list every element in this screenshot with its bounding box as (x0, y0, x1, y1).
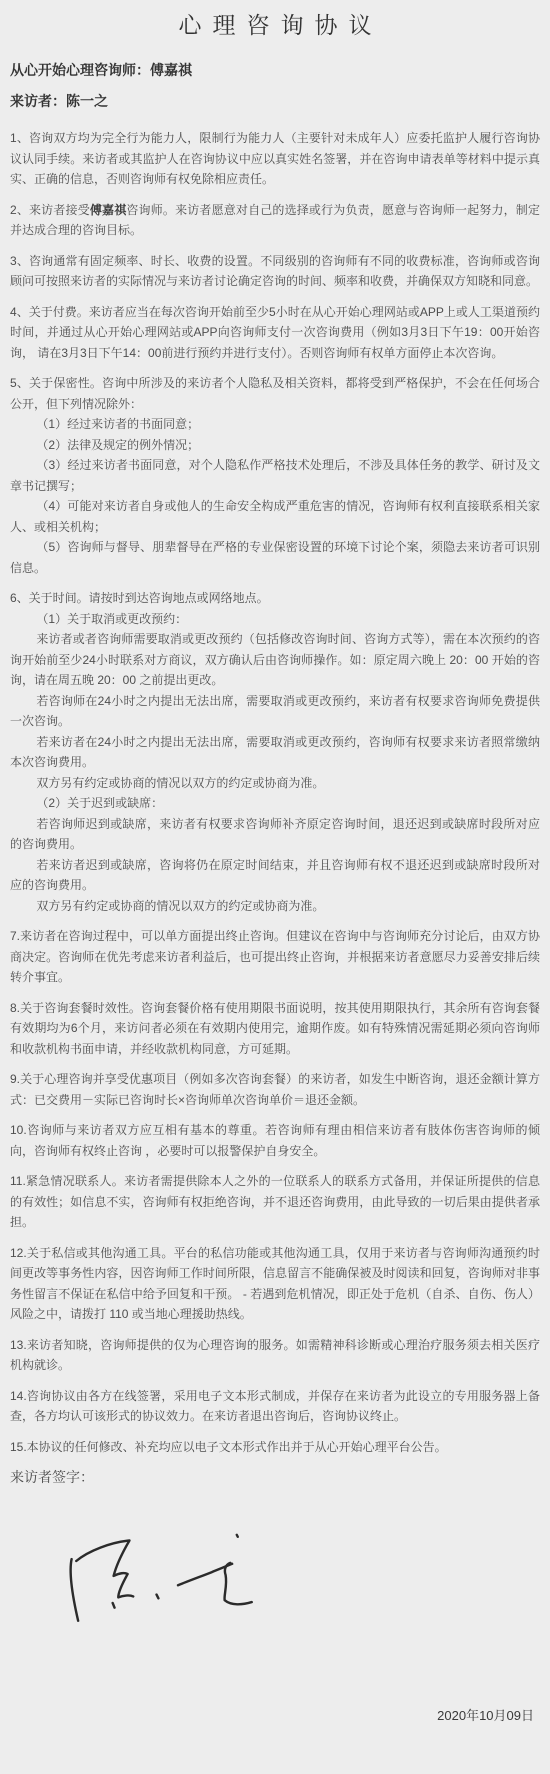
signature-stroke (237, 1535, 238, 1537)
clause-paragraph: 14.咨询协议由各方在线签署，采用电子文本形式制成，并保存在来访者为此设立的专用… (10, 1386, 540, 1427)
counselor-name-emphasis: 傅嘉祺 (90, 203, 127, 217)
clause-text: 双方另有约定或协商的情况以双方的约定或协商为准。 (36, 899, 324, 913)
clause-paragraph: 7.来访者在咨询过程中，可以单方面提出终止咨询。但建议在咨询中与咨询师充分讨论后… (10, 926, 540, 988)
clause-text: 14.咨询协议由各方在线签署，采用电子文本形式制成，并保存在来访者为此设立的专用… (10, 1389, 540, 1424)
clause-paragraph: 1、咨询双方均为完全行为能力人，限制行为能力人（主要针对未成年人）应委托监护人履… (10, 128, 540, 190)
clause: 3、咨询通常有固定频率、时长、收费的设置。不同级别的咨询师有不同的收费标准，咨询… (10, 251, 540, 292)
clause-paragraph: 11.紧急情况联系人。来访者需提供除本人之外的一位联系人的联系方式备用，并保证所… (10, 1171, 540, 1233)
visitor-line: 来访者：陈一之 (10, 91, 540, 111)
clause-text: 13.来访者知晓，咨询师提供的仅为心理咨询的服务。如需精神科诊断或心理治疗服务须… (10, 1338, 540, 1373)
clause-paragraph: 若咨询师在24小时之内提出无法出席，需要取消或更改预约，来访者有权要求咨询师免费… (10, 691, 540, 732)
signature-stroke (178, 1564, 232, 1585)
counselor-line: 从心开始心理咨询师：傅嘉祺 (10, 60, 540, 80)
clause-text: 来访者或者咨询师需要取消或更改预约（包括修改咨询时间、咨询方式等），需在本次预约… (10, 632, 540, 687)
clause-paragraph: 12.关于私信或其他沟通工具。平台的私信功能或其他沟通工具，仅用于来访者与咨询师… (10, 1243, 540, 1325)
clause-text: 若来访者在24小时之内提出无法出席，需要取消或更改预约，咨询师有权要求来访者照常… (10, 735, 540, 770)
clause-paragraph: 2、来访者接受傅嘉祺咨询师。来访者愿意对自己的选择或行为负责，愿意与咨询师一起努… (10, 200, 540, 241)
clause-paragraph: （5）咨询师与督导、朋辈督导在严格的专业保密设置的环境下讨论个案，须隐去来访者可… (10, 537, 540, 578)
clause-paragraph: 若来访者在24小时之内提出无法出席，需要取消或更改预约，咨询师有权要求来访者照常… (10, 732, 540, 773)
agreement-document: 心理咨询协议 从心开始心理咨询师：傅嘉祺 来访者：陈一之 1、咨询双方均为完全行… (0, 0, 550, 1725)
signature-stroke (157, 1595, 159, 1599)
clause: 8.关于咨询套餐时效性。咨询套餐价格有使用期限书面说明，按其使用期限执行，其余所… (10, 998, 540, 1060)
clause: 4、关于付费。来访者应当在每次咨询开始前至少5小时在从心开始心理网站或APP上或… (10, 302, 540, 364)
clause-paragraph: 15.本协议的任何修改、补充均应以电子文本形式作出并于从心开始心理平台公告。 (10, 1437, 540, 1458)
clause-paragraph: 双方另有约定或协商的情况以双方的约定或协商为准。 (10, 773, 540, 794)
clause: 13.来访者知晓，咨询师提供的仅为心理咨询的服务。如需精神科诊断或心理治疗服务须… (10, 1335, 540, 1376)
clauses-list: 1、咨询双方均为完全行为能力人，限制行为能力人（主要针对未成年人）应委托监护人履… (10, 128, 540, 1457)
clause-text: 5、关于保密性。咨询中所涉及的来访者个人隐私及相关资料，都将受到严格保护，不会在… (10, 376, 540, 411)
clause-text: 双方另有约定或协商的情况以双方的约定或协商为准。 (36, 776, 324, 790)
clause-paragraph: 10.咨询师与来访者双方应互相有基本的尊重。若咨询师有理由相信来访者有肢体伤害咨… (10, 1120, 540, 1161)
clause-paragraph: 若咨询师迟到或缺席，来访者有权要求咨询师补齐原定咨询时间，退还迟到或缺席时段所对… (10, 814, 540, 855)
clause-paragraph: 来访者或者咨询师需要取消或更改预约（包括修改咨询时间、咨询方式等），需在本次预约… (10, 629, 540, 691)
clause-text: 4、关于付费。来访者应当在每次咨询开始前至少5小时在从心开始心理网站或APP上或… (10, 305, 540, 360)
clause-text: （1）关于取消或更改预约： (36, 612, 187, 626)
clause-paragraph: （3）经过来访者书面同意，对个人隐私作严格技术处理后，不涉及具体任务的教学、研讨… (10, 455, 540, 496)
signature-stroke (76, 1540, 133, 1597)
clause-text: （5）咨询师与督导、朋辈督导在严格的专业保密设置的环境下讨论个案，须隐去来访者可… (10, 540, 540, 575)
clause-text: （2）关于迟到或缺席： (36, 796, 163, 810)
clause-paragraph: 5、关于保密性。咨询中所涉及的来访者个人隐私及相关资料，都将受到严格保护，不会在… (10, 373, 540, 414)
clause-text: 1、咨询双方均为完全行为能力人，限制行为能力人（主要针对未成年人）应委托监护人履… (10, 131, 540, 186)
clause-text: 若咨询师迟到或缺席，来访者有权要求咨询师补齐原定咨询时间，退还迟到或缺席时段所对… (10, 817, 540, 852)
clause: 15.本协议的任何修改、补充均应以电子文本形式作出并于从心开始心理平台公告。 (10, 1437, 540, 1458)
clause-text: 8.关于咨询套餐时效性。咨询套餐价格有使用期限书面说明，按其使用期限执行，其余所… (10, 1001, 540, 1056)
clause: 6、关于时间。请按时到达咨询地点或网络地点。（1）关于取消或更改预约：来访者或者… (10, 588, 540, 916)
clause-text: 若来访者迟到或缺席，咨询将仍在原定时间结束，并且咨询师有权不退还迟到或缺席时段所… (10, 858, 540, 893)
clause: 2、来访者接受傅嘉祺咨询师。来访者愿意对自己的选择或行为负责，愿意与咨询师一起努… (10, 200, 540, 241)
clause-text: 9.关于心理咨询并享受优惠项目（例如多次咨询套餐）的来访者，如发生中断咨询，退还… (10, 1072, 540, 1107)
clause-text: 11.紧急情况联系人。来访者需提供除本人之外的一位联系人的联系方式备用，并保证所… (10, 1174, 540, 1229)
clause-paragraph: 若来访者迟到或缺席，咨询将仍在原定时间结束，并且咨询师有权不退还迟到或缺席时段所… (10, 855, 540, 896)
clause-paragraph: （1）关于取消或更改预约： (10, 609, 540, 630)
clause-text: 若咨询师在24小时之内提出无法出席，需要取消或更改预约，来访者有权要求咨询师免费… (10, 694, 540, 729)
clause-text: （4）可能对来访者自身或他人的生命安全构成严重危害的情况，咨询师有权利直接联系相… (10, 499, 540, 534)
clause-text: 15.本协议的任何修改、补充均应以电子文本形式作出并于从心开始心理平台公告。 (10, 1440, 447, 1454)
clause-paragraph: 9.关于心理咨询并享受优惠项目（例如多次咨询套餐）的来访者，如发生中断咨询，退还… (10, 1069, 540, 1110)
page-title: 心理咨询协议 (10, 8, 540, 42)
clause: 12.关于私信或其他沟通工具。平台的私信功能或其他沟通工具，仅用于来访者与咨询师… (10, 1243, 540, 1325)
clause-text: （3）经过来访者书面同意，对个人隐私作严格技术处理后，不涉及具体任务的教学、研讨… (10, 458, 540, 493)
clause-text: 7.来访者在咨询过程中，可以单方面提出终止咨询。但建议在咨询中与咨询师充分讨论后… (10, 929, 540, 984)
signature-image (48, 1533, 308, 1645)
clause-text: 10.咨询师与来访者双方应互相有基本的尊重。若咨询师有理由相信来访者有肢体伤害咨… (10, 1123, 540, 1158)
signature-stroke (113, 1603, 115, 1608)
clause-paragraph: （4）可能对来访者自身或他人的生命安全构成严重危害的情况，咨询师有权利直接联系相… (10, 496, 540, 537)
clause-text: （1）经过来访者的书面同意； (36, 417, 199, 431)
signature-stroke (71, 1559, 78, 1621)
clause-paragraph: （2）法律及规定的例外情况； (10, 435, 540, 456)
clause-text: 12.关于私信或其他沟通工具。平台的私信功能或其他沟通工具，仅用于来访者与咨询师… (10, 1246, 540, 1322)
clause-paragraph: 13.来访者知晓，咨询师提供的仅为心理咨询的服务。如需精神科诊断或心理治疗服务须… (10, 1335, 540, 1376)
clause: 7.来访者在咨询过程中，可以单方面提出终止咨询。但建议在咨询中与咨询师充分讨论后… (10, 926, 540, 988)
clause-paragraph: 8.关于咨询套餐时效性。咨询套餐价格有使用期限书面说明，按其使用期限执行，其余所… (10, 998, 540, 1060)
clause: 14.咨询协议由各方在线签署，采用电子文本形式制成，并保存在来访者为此设立的专用… (10, 1386, 540, 1427)
clause-paragraph: （2）关于迟到或缺席： (10, 793, 540, 814)
clause: 5、关于保密性。咨询中所涉及的来访者个人隐私及相关资料，都将受到严格保护，不会在… (10, 373, 540, 578)
clause: 1、咨询双方均为完全行为能力人，限制行为能力人（主要针对未成年人）应委托监护人履… (10, 128, 540, 190)
clause-paragraph: 4、关于付费。来访者应当在每次咨询开始前至少5小时在从心开始心理网站或APP上或… (10, 302, 540, 364)
clause-paragraph: （1）经过来访者的书面同意； (10, 414, 540, 435)
clause-text: 3、咨询通常有固定频率、时长、收费的设置。不同级别的咨询师有不同的收费标准，咨询… (10, 254, 540, 289)
clause-text: 2、来访者接受 (10, 203, 90, 217)
clause-text: （2）法律及规定的例外情况； (36, 438, 199, 452)
clause-paragraph: 6、关于时间。请按时到达咨询地点或网络地点。 (10, 588, 540, 609)
clause: 9.关于心理咨询并享受优惠项目（例如多次咨询套餐）的来访者，如发生中断咨询，退还… (10, 1069, 540, 1110)
signature-stroke (225, 1563, 252, 1604)
clause-paragraph: 双方另有约定或协商的情况以双方的约定或协商为准。 (10, 896, 540, 917)
clause-text: 6、关于时间。请按时到达咨询地点或网络地点。 (10, 591, 269, 605)
clause: 11.紧急情况联系人。来访者需提供除本人之外的一位联系人的联系方式备用，并保证所… (10, 1171, 540, 1233)
signature-label: 来访者签字： (10, 1467, 540, 1487)
clause: 10.咨询师与来访者双方应互相有基本的尊重。若咨询师有理由相信来访者有肢体伤害咨… (10, 1120, 540, 1161)
date-text: 2020年10月09日 (10, 1707, 540, 1725)
handwritten-signature-icon (48, 1533, 308, 1645)
clause-paragraph: 3、咨询通常有固定频率、时长、收费的设置。不同级别的咨询师有不同的收费标准，咨询… (10, 251, 540, 292)
